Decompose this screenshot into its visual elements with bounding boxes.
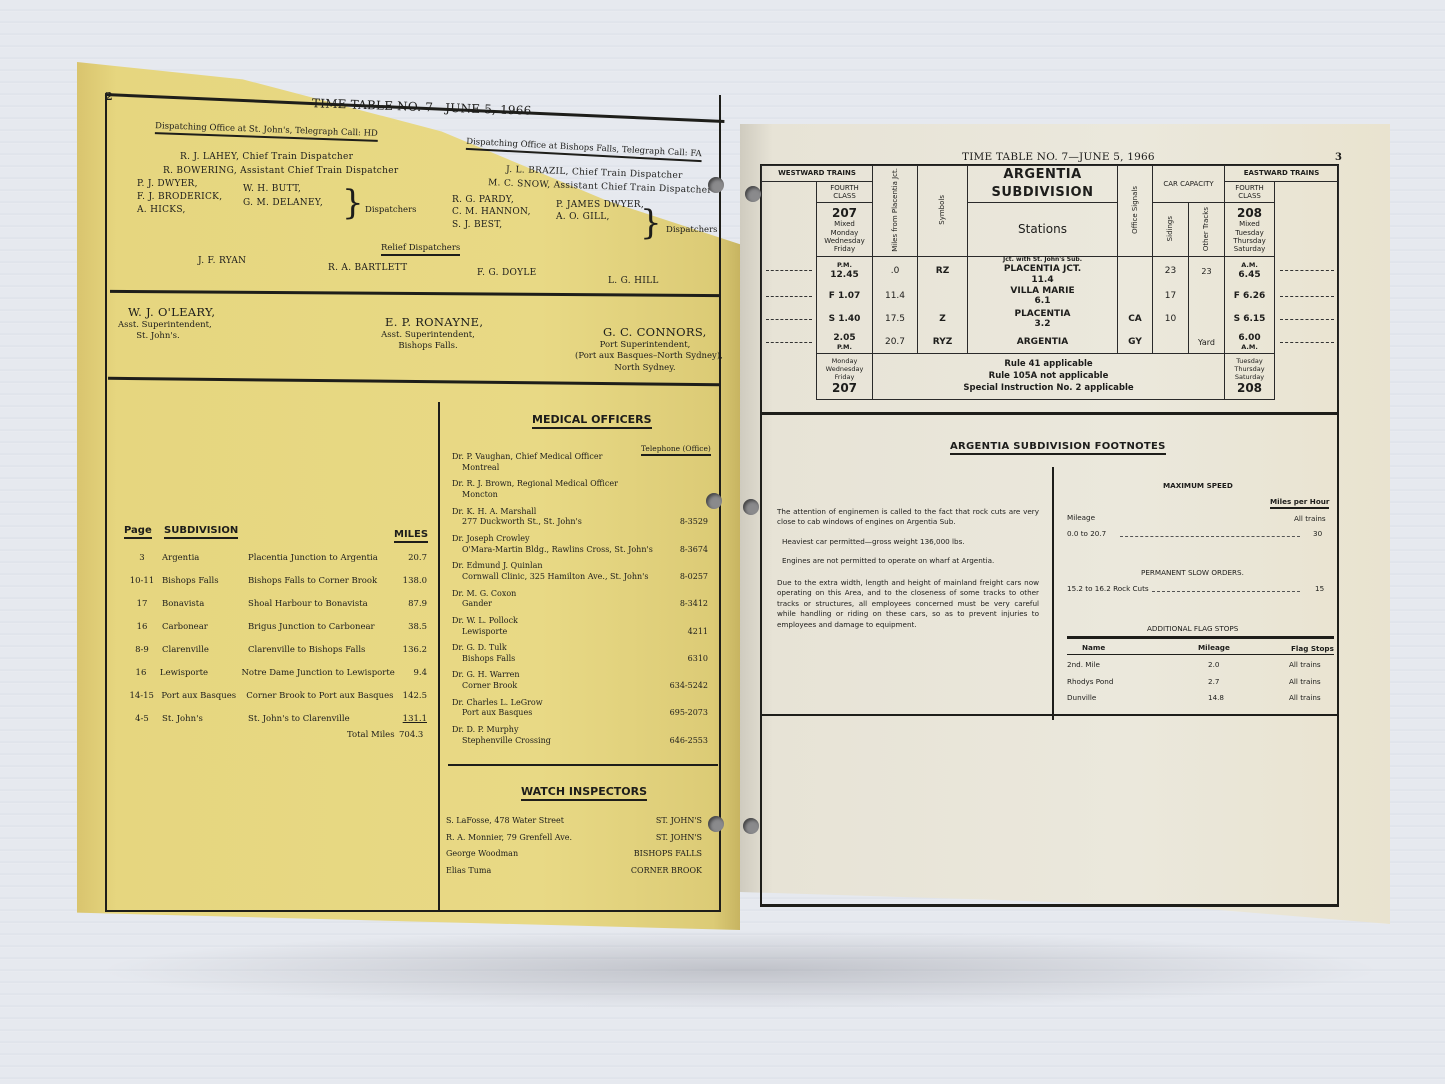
other-tracks-capacity: 23 — [1189, 257, 1225, 285]
watch-inspector-name: George Woodman — [446, 849, 518, 858]
east-time: 6.00A.M. — [1225, 331, 1275, 354]
medical-officer-entry: Dr. G. D. TulkBishops Falls6310 — [452, 643, 708, 665]
station-name: PLACENTIA3.2 — [968, 308, 1118, 331]
subdivision-title: ARGENTIASUBDIVISION — [968, 166, 1118, 203]
divider — [448, 764, 718, 766]
bishops-falls-dispatcher: P. JAMES DWYER, — [556, 200, 644, 210]
watch-inspector-entry: Elias TumaCORNER BROOK — [446, 866, 702, 875]
subdivision-row: 16CarbonearBrigus Junction to Carbonear3… — [122, 622, 427, 632]
east-blank — [1275, 182, 1339, 257]
west-leader — [762, 308, 817, 331]
medical-officer-entry: Dr. Joseph CrowleyO'Mara-Martin Bldg., R… — [452, 534, 708, 556]
subdivision-miles: 142.5 — [393, 691, 427, 701]
west-blank — [762, 182, 817, 257]
divider — [761, 714, 1338, 716]
medical-officer-phone: 8-3529 — [680, 517, 708, 528]
medical-officer-name: Dr. Edmund J. Quinlan — [452, 561, 708, 572]
st-johns-dispatchers-label: Dispatchers — [365, 205, 417, 215]
other-tracks-capacity: Yard — [1189, 331, 1225, 354]
header-subdivision: SUBDIVISION — [164, 525, 238, 539]
flag-stop-name: Rhodys Pond — [1067, 677, 1113, 686]
superintendent-name: E. P. RONAYNE, — [385, 315, 483, 329]
mileage-label: Mileage — [1067, 513, 1095, 522]
subdivision-row: 3ArgentiaPlacentia Junction to Argentia2… — [122, 553, 427, 563]
footnote-paragraph: Due to the extra width, length and heigh… — [777, 578, 1039, 630]
subdivision-page: 4-5 — [122, 714, 162, 724]
east-time: S 6.15 — [1225, 308, 1275, 331]
subdivision-row: 17BonavistaShoal Harbour to Bonavista87.… — [122, 599, 427, 609]
station-miles: 17.5 — [873, 308, 918, 331]
st-johns-chief: R. J. LAHEY, Chief Train Dispatcher — [180, 152, 353, 162]
bishops-falls-dispatcher: S. J. BEST, — [452, 220, 502, 230]
medical-officer-phone: 8-0257 — [680, 572, 708, 583]
subdivision-row: 16LewisporteNotre Dame Junction to Lewis… — [122, 668, 427, 678]
slow-order-range: 15.2 to 16.2 Rock Cuts — [1067, 584, 1149, 593]
subdivision-miles: 87.9 — [393, 599, 427, 609]
subdivision-route: St. John's to Clarenville — [248, 714, 393, 724]
watch-inspector-place: ST. JOHN'S — [656, 816, 702, 825]
footnotes-heading: ARGENTIA SUBDIVISION FOOTNOTES — [950, 441, 1166, 455]
relief-dispatcher: F. G. DOYLE — [477, 268, 537, 278]
west-time: 2.05P.M. — [817, 331, 873, 354]
page-number-left: 2 — [105, 90, 113, 103]
binder-hole — [743, 818, 759, 834]
watch-inspector-entry: S. LaFosse, 478 Water StreetST. JOHN'S — [446, 816, 702, 825]
medical-officer-location: Bishops Falls — [452, 654, 708, 665]
total-miles-label: Total Miles — [347, 730, 395, 740]
flag-stop-mileage: 14.8 — [1208, 693, 1224, 702]
station-row: S 1.4017.5ZPLACENTIA3.2CA10S 6.15 — [762, 308, 1339, 331]
flag-stop-name: Dunville — [1067, 693, 1096, 702]
station-symbols: RZ — [918, 257, 968, 285]
st-johns-assistant: R. BOWERING, Assistant Chief Train Dispa… — [163, 166, 398, 176]
subdivision-name: Lewisporte — [160, 668, 242, 678]
superintendent-role: Asst. Superintendent,St. John's. — [118, 320, 198, 343]
subdivision-row: 14-15Port aux BasquesCorner Brook to Por… — [122, 691, 427, 701]
medical-officer-location: 277 Duckworth St., St. John's — [452, 517, 708, 528]
slow-orders-heading: PERMANENT SLOW ORDERS. — [1141, 568, 1244, 577]
subdivision-miles: 9.4 — [395, 668, 427, 678]
subdivision-page: 16 — [122, 668, 160, 678]
medical-officers-heading: MEDICAL OFFICERS — [532, 413, 652, 429]
other-tracks-capacity — [1189, 308, 1225, 331]
subdivision-name: Argentia — [162, 553, 248, 563]
medical-officer-location: Lewisporte — [452, 627, 708, 638]
west-train-header: 207MixedMondayWednesdayFriday — [817, 203, 873, 257]
medical-officer-name: Dr. D. P. Murphy — [452, 725, 708, 736]
column-divider — [438, 402, 440, 910]
medical-officer-phone: 6310 — [688, 654, 708, 665]
watch-inspector-name: R. A. Monnier, 79 Grenfell Ave. — [446, 833, 572, 842]
east-class: FOURTH CLASS — [1225, 182, 1275, 203]
flag-header-mileage: Mileage — [1198, 643, 1230, 652]
bishops-falls-dispatcher: R. G. PARDY, — [452, 195, 514, 205]
subdivision-name: Carbonear — [162, 622, 248, 632]
st-johns-dispatcher: P. J. DWYER, — [137, 179, 198, 189]
leader-dots — [1152, 584, 1300, 592]
subdivision-name: St. John's — [162, 714, 248, 724]
station-miles: 11.4 — [873, 285, 918, 308]
west-time: S 1.40 — [817, 308, 873, 331]
watch-inspector-name: Elias Tuma — [446, 866, 491, 875]
watch-inspector-name: S. LaFosse, 478 Water Street — [446, 816, 564, 825]
relief-dispatchers-heading: Relief Dispatchers — [381, 243, 460, 256]
subdivision-row: 8-9ClarenvilleClarenville to Bishops Fal… — [122, 645, 427, 655]
station-symbols: RYZ — [918, 331, 968, 354]
binder-hole — [708, 177, 724, 193]
subdivision-row: 4-5St. John'sSt. John's to Clarenville13… — [122, 714, 427, 724]
subdivision-name: Clarenville — [162, 645, 248, 655]
footnote-paragraph: Engines are not permitted to operate on … — [782, 556, 1037, 566]
office-signal — [1118, 285, 1153, 308]
subdivision-miles: 20.7 — [393, 553, 427, 563]
header-page: Page — [124, 525, 152, 539]
subdivision-route: Placentia Junction to Argentia — [248, 553, 393, 563]
station-row: P.M. 12.45.0RZJct. with St. John's Sub.P… — [762, 257, 1339, 285]
page-number-right: 3 — [1335, 152, 1342, 163]
subdivision-page: 10-11 — [122, 576, 162, 586]
station-miles: 20.7 — [873, 331, 918, 354]
station-row: 2.05P.M.20.7RYZARGENTIAGYYard 6.00A.M. — [762, 331, 1339, 354]
east-leader — [1275, 331, 1339, 354]
superintendent-name: G. C. CONNORS, — [603, 325, 707, 339]
medical-officer-location: O'Mara-Martin Bldg., Rawlins Cross, St. … — [452, 545, 708, 556]
all-trains-label: All trains — [1294, 514, 1326, 523]
st-johns-dispatcher: A. HICKS, — [137, 205, 186, 215]
medical-officer-entry: Dr. G. H. WarrenCorner Brook634-5242 — [452, 670, 708, 692]
medical-officer-phone: 634-5242 — [670, 681, 708, 692]
station-symbols — [918, 285, 968, 308]
medical-officer-name: Dr. K. H. A. Marshall — [452, 507, 708, 518]
subdivision-route: Brigus Junction to Carbonear — [248, 622, 393, 632]
binder-hole — [706, 493, 722, 509]
subdivision-route: Bishops Falls to Corner Brook — [248, 576, 393, 586]
brace-icon: } — [640, 206, 662, 240]
subdivision-route: Corner Brook to Port aux Basques — [246, 691, 393, 701]
office-signal: CA — [1118, 308, 1153, 331]
binder-hole — [708, 816, 724, 832]
st-johns-dispatcher: W. H. BUTT, — [243, 184, 301, 194]
medical-officer-location: Montreal — [452, 463, 708, 474]
east-time: A.M. 6.45 — [1225, 257, 1275, 285]
binder-hole — [743, 499, 759, 515]
east-time: F 6.26 — [1225, 285, 1275, 308]
sidings-capacity: 10 — [1153, 308, 1189, 331]
watch-inspector-place: BISHOPS FALLS — [634, 849, 702, 858]
medical-officer-phone: 4211 — [688, 627, 708, 638]
superintendent-name: W. J. O'LEARY, — [128, 305, 215, 319]
brace-icon: } — [342, 186, 364, 220]
subdivision-page: 16 — [122, 622, 162, 632]
flag-stop-mileage: 2.7 — [1208, 677, 1219, 686]
medical-officer-name: Dr. G. H. Warren — [452, 670, 708, 681]
medical-officer-name: Dr. M. G. Coxon — [452, 589, 708, 600]
medical-officer-location: Gander — [452, 599, 708, 610]
subdivision-route: Notre Dame Junction to Lewisporte — [241, 668, 394, 678]
timetable-title-right: TIME TABLE NO. 7—JUNE 5, 1966 — [962, 151, 1155, 163]
medical-officer-entry: Dr. Charles L. LeGrowPort aux Basques695… — [452, 698, 708, 720]
other-tracks-capacity — [1189, 285, 1225, 308]
bishops-falls-dispatcher: A. O. GILL, — [556, 212, 610, 222]
watch-inspector-place: CORNER BROOK — [631, 866, 702, 875]
relief-dispatcher: J. F. RYAN — [198, 256, 246, 266]
medical-officer-entry: Dr. R. J. Brown, Regional Medical Office… — [452, 479, 708, 501]
west-train-footer: MondayWednesdayFriday207 — [817, 354, 873, 400]
eastward-trains-label: EASTWARD TRAINS — [1225, 166, 1339, 182]
east-leader — [1275, 285, 1339, 308]
st-johns-dispatcher: F. J. BRODERICK, — [137, 192, 222, 202]
office-signal: GY — [1118, 331, 1153, 354]
max-speed-value: 30 — [1313, 529, 1322, 538]
flag-stop-name: 2nd. Mile — [1067, 660, 1100, 669]
station-name: Jct. with St. John's Sub.PLACENTIA JCT.1… — [968, 257, 1118, 285]
east-blank — [1275, 354, 1339, 400]
medical-officer-name: Dr. Joseph Crowley — [452, 534, 708, 545]
medical-officer-entry: Dr. M. G. CoxonGander8-3412 — [452, 589, 708, 611]
rules-note: Rule 41 applicableRule 105A not applicab… — [873, 354, 1225, 400]
office-signal — [1118, 257, 1153, 285]
max-speed-heading: MAXIMUM SPEED — [1163, 481, 1233, 490]
divider — [761, 412, 1338, 415]
symbols-header: Symbols — [918, 166, 968, 257]
medical-officer-phone: 8-3674 — [680, 545, 708, 556]
divider — [1067, 636, 1334, 639]
miles-header: Miles from Placentia Jct. — [873, 166, 918, 257]
medical-officer-phone: 695-2073 — [670, 708, 708, 719]
medical-officer-name: Dr. G. D. Tulk — [452, 643, 708, 654]
medical-officer-entry: Dr. D. P. MurphyStephenville Crossing646… — [452, 725, 708, 747]
subdivision-name: Bonavista — [162, 599, 248, 609]
st-johns-dispatcher: G. M. DELANEY, — [243, 198, 323, 208]
bishops-falls-dispatcher: C. M. HANNON, — [452, 207, 531, 217]
office-signals-header: Office Signals — [1118, 166, 1153, 257]
medical-officer-name: Dr. Charles L. LeGrow — [452, 698, 708, 709]
relief-dispatcher: L. G. HILL — [608, 276, 659, 286]
flag-stop-trains: All trains — [1289, 677, 1321, 686]
watch-inspector-place: ST. JOHN'S — [656, 833, 702, 842]
max-speed-range: 0.0 to 20.7 — [1067, 529, 1106, 538]
medical-officer-location: Cornwall Clinic, 325 Hamilton Ave., St. … — [452, 572, 708, 583]
subdivision-route: Clarenville to Bishops Falls — [248, 645, 393, 655]
flag-header-name: Name — [1082, 643, 1105, 652]
subdivision-miles: 38.5 — [393, 622, 427, 632]
west-class: FOURTH CLASS — [817, 182, 873, 203]
subdivision-miles: 138.0 — [393, 576, 427, 586]
medical-officer-name: Dr. W. L. Pollock — [452, 616, 708, 627]
sidings-capacity — [1153, 331, 1189, 354]
mph-header: Miles per Hour — [1270, 497, 1329, 509]
watch-inspector-entry: George WoodmanBISHOPS FALLS — [446, 849, 702, 858]
sidings-header: Sidings — [1153, 203, 1189, 257]
leader-dots — [1120, 529, 1300, 537]
subdivision-page: 8-9 — [122, 645, 162, 655]
station-row: F 1.0711.4VILLA MARIE6.117F 6.26 — [762, 285, 1339, 308]
relief-dispatcher: R. A. BARTLETT — [328, 263, 407, 273]
medical-officer-name: Dr. P. Vaughan, Chief Medical Officer — [452, 452, 708, 463]
medical-officer-name: Dr. R. J. Brown, Regional Medical Office… — [452, 479, 708, 490]
watch-inspector-entry: R. A. Monnier, 79 Grenfell Ave.ST. JOHN'… — [446, 833, 702, 842]
station-symbols: Z — [918, 308, 968, 331]
binder-hole — [745, 186, 761, 202]
west-blank — [762, 354, 817, 400]
header-miles: MILES — [394, 529, 428, 543]
total-miles-value: 704.3 — [399, 730, 423, 740]
superintendent-role: Asst. Superintendent,Bishops Falls. — [378, 330, 478, 353]
subdivision-page: 14-15 — [122, 691, 161, 701]
west-leader — [762, 257, 817, 285]
other-tracks-header: Other Tracks — [1189, 203, 1225, 257]
station-name: ARGENTIA — [968, 331, 1118, 354]
sidings-capacity: 23 — [1153, 257, 1189, 285]
flag-header-stops: Flag Stops — [1291, 644, 1334, 653]
slow-order-speed: 15 — [1315, 584, 1324, 593]
booklet-shadow — [95, 930, 1385, 1010]
footnote-paragraph: The attention of enginemen is called to … — [777, 507, 1039, 528]
medical-officer-phone: 8-3412 — [680, 599, 708, 610]
east-train-header: 208MixedTuesdayThursdaySaturday — [1225, 203, 1275, 257]
west-time: P.M. 12.45 — [817, 257, 873, 285]
bishops-falls-dispatchers-label: Dispatchers — [666, 225, 718, 235]
car-capacity-header: CAR CAPACITY — [1153, 166, 1225, 203]
subdivision-miles: 131.1 — [393, 714, 427, 724]
timetable: WESTWARD TRAINS Miles from Placentia Jct… — [761, 165, 1339, 400]
column-divider — [1052, 467, 1054, 720]
subdivision-page: 17 — [122, 599, 162, 609]
stations-header: Stations — [968, 203, 1118, 257]
subdivision-name: Bishops Falls — [162, 576, 248, 586]
subdivision-page: 3 — [122, 553, 162, 563]
flag-stops-heading: ADDITIONAL FLAG STOPS — [1147, 624, 1238, 633]
station-miles: .0 — [873, 257, 918, 285]
watch-inspectors-heading: WATCH INSPECTORS — [521, 785, 647, 801]
medical-officer-entry: Dr. Edmund J. QuinlanCornwall Clinic, 32… — [452, 561, 708, 583]
medical-officer-entry: Dr. W. L. PollockLewisporte4211 — [452, 616, 708, 638]
medical-officer-entry: Dr. P. Vaughan, Chief Medical OfficerMon… — [452, 452, 708, 474]
west-leader — [762, 331, 817, 354]
station-name: VILLA MARIE6.1 — [968, 285, 1118, 308]
subdivision-route: Shoal Harbour to Bonavista — [248, 599, 393, 609]
subdivision-name: Port aux Basques — [161, 691, 246, 701]
west-time: F 1.07 — [817, 285, 873, 308]
flag-stop-trains: All trains — [1289, 693, 1321, 702]
medical-officer-phone: 646-2553 — [670, 736, 708, 747]
east-leader — [1275, 257, 1339, 285]
divider — [1067, 654, 1334, 655]
east-leader — [1275, 308, 1339, 331]
east-train-footer: TuesdayThursdaySaturday208 — [1225, 354, 1275, 400]
subdivision-row: 10-11Bishops FallsBishops Falls to Corne… — [122, 576, 427, 586]
medical-officer-location: Moncton — [452, 490, 708, 501]
subdivision-miles: 136.2 — [393, 645, 427, 655]
superintendent-role: Port Superintendent,(Port aux Basques–No… — [575, 340, 715, 374]
sidings-capacity: 17 — [1153, 285, 1189, 308]
footnote-paragraph: Heaviest car permitted—gross weight 136,… — [782, 537, 1037, 547]
flag-stop-trains: All trains — [1289, 660, 1321, 669]
medical-officer-entry: Dr. K. H. A. Marshall277 Duckworth St., … — [452, 507, 708, 529]
westward-trains-label: WESTWARD TRAINS — [762, 166, 873, 182]
flag-stop-mileage: 2.0 — [1208, 660, 1219, 669]
west-leader — [762, 285, 817, 308]
